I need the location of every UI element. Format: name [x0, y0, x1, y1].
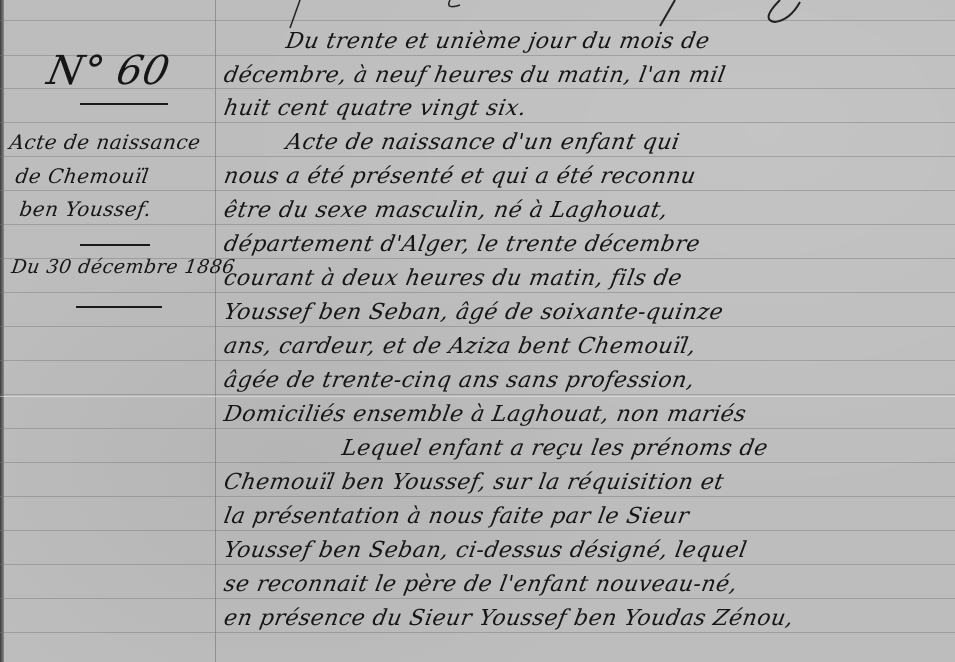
body-line-13: Lequel enfant a reçu les prénoms de	[340, 436, 770, 461]
margin-date: Du 30 décembre 1886	[10, 256, 237, 278]
name-underline	[80, 244, 150, 246]
body-line-5: nous a été présenté et qui a été reconnu	[222, 164, 698, 189]
body-line-10: ans, cardeur, et de Aziza bent Chemouïl,	[222, 334, 698, 359]
body-line-11: âgée de trente-cinq ans sans profession,	[222, 368, 697, 393]
ruled-line	[0, 598, 955, 599]
ruled-line	[0, 428, 955, 429]
previous-entry-strokes	[280, 0, 820, 30]
ruled-line	[0, 326, 955, 327]
body-line-9: Youssef ben Seban, âgé de soixante-quinz…	[222, 300, 725, 325]
act-number: N° 60	[43, 48, 174, 94]
ruled-line	[0, 462, 955, 463]
ruled-line	[0, 360, 955, 361]
body-line-17: se reconnait le père de l'enfant nouveau…	[222, 572, 739, 597]
page-binding-edge	[0, 0, 4, 662]
body-line-6: être du sexe masculin, né à Laghouat,	[222, 198, 670, 223]
ruled-line	[0, 156, 955, 157]
ruled-line	[0, 190, 955, 191]
body-line-16: Youssef ben Seban, ci-dessus désigné, le…	[222, 538, 749, 563]
margin-title-line-1: Acte de naissance	[8, 130, 202, 154]
ruled-line	[0, 394, 955, 395]
document-page: N° 60 Acte de naissance de Chemouïl ben …	[0, 0, 955, 662]
ruled-line	[0, 632, 955, 633]
body-line-3: huit cent quatre vingt six.	[222, 96, 528, 121]
body-line-2: décembre, à neuf heures du matin, l'an m…	[222, 63, 728, 88]
margin-rule	[215, 0, 216, 662]
ruled-line	[0, 122, 955, 123]
ruled-line	[0, 496, 955, 497]
body-line-18: en présence du Sieur Youssef ben Youdas …	[222, 606, 796, 631]
ruled-line	[0, 224, 955, 225]
body-line-4: Acte de naissance d'un enfant qui	[284, 130, 682, 155]
body-line-7: département d'Alger, le trente décembre	[222, 232, 702, 257]
date-underline	[76, 306, 162, 308]
act-number-underline	[80, 103, 168, 105]
ruled-line	[0, 292, 955, 293]
body-line-14: Chemouïl ben Youssef, sur la réquisition…	[222, 470, 726, 495]
margin-title-line-3: ben Youssef.	[18, 197, 153, 221]
body-line-12: Domiciliés ensemble à Laghouat, non mari…	[222, 402, 748, 427]
ruled-line	[0, 564, 955, 565]
body-line-8: courant à deux heures du matin, fils de	[222, 266, 684, 291]
body-line-15: la présentation à nous faite par le Sieu…	[222, 504, 691, 529]
ruled-line	[0, 530, 955, 531]
margin-title-line-2: de Chemouïl	[14, 164, 151, 188]
body-line-1: Du trente et unième jour du mois de	[284, 29, 712, 54]
paper-crease	[0, 396, 955, 397]
